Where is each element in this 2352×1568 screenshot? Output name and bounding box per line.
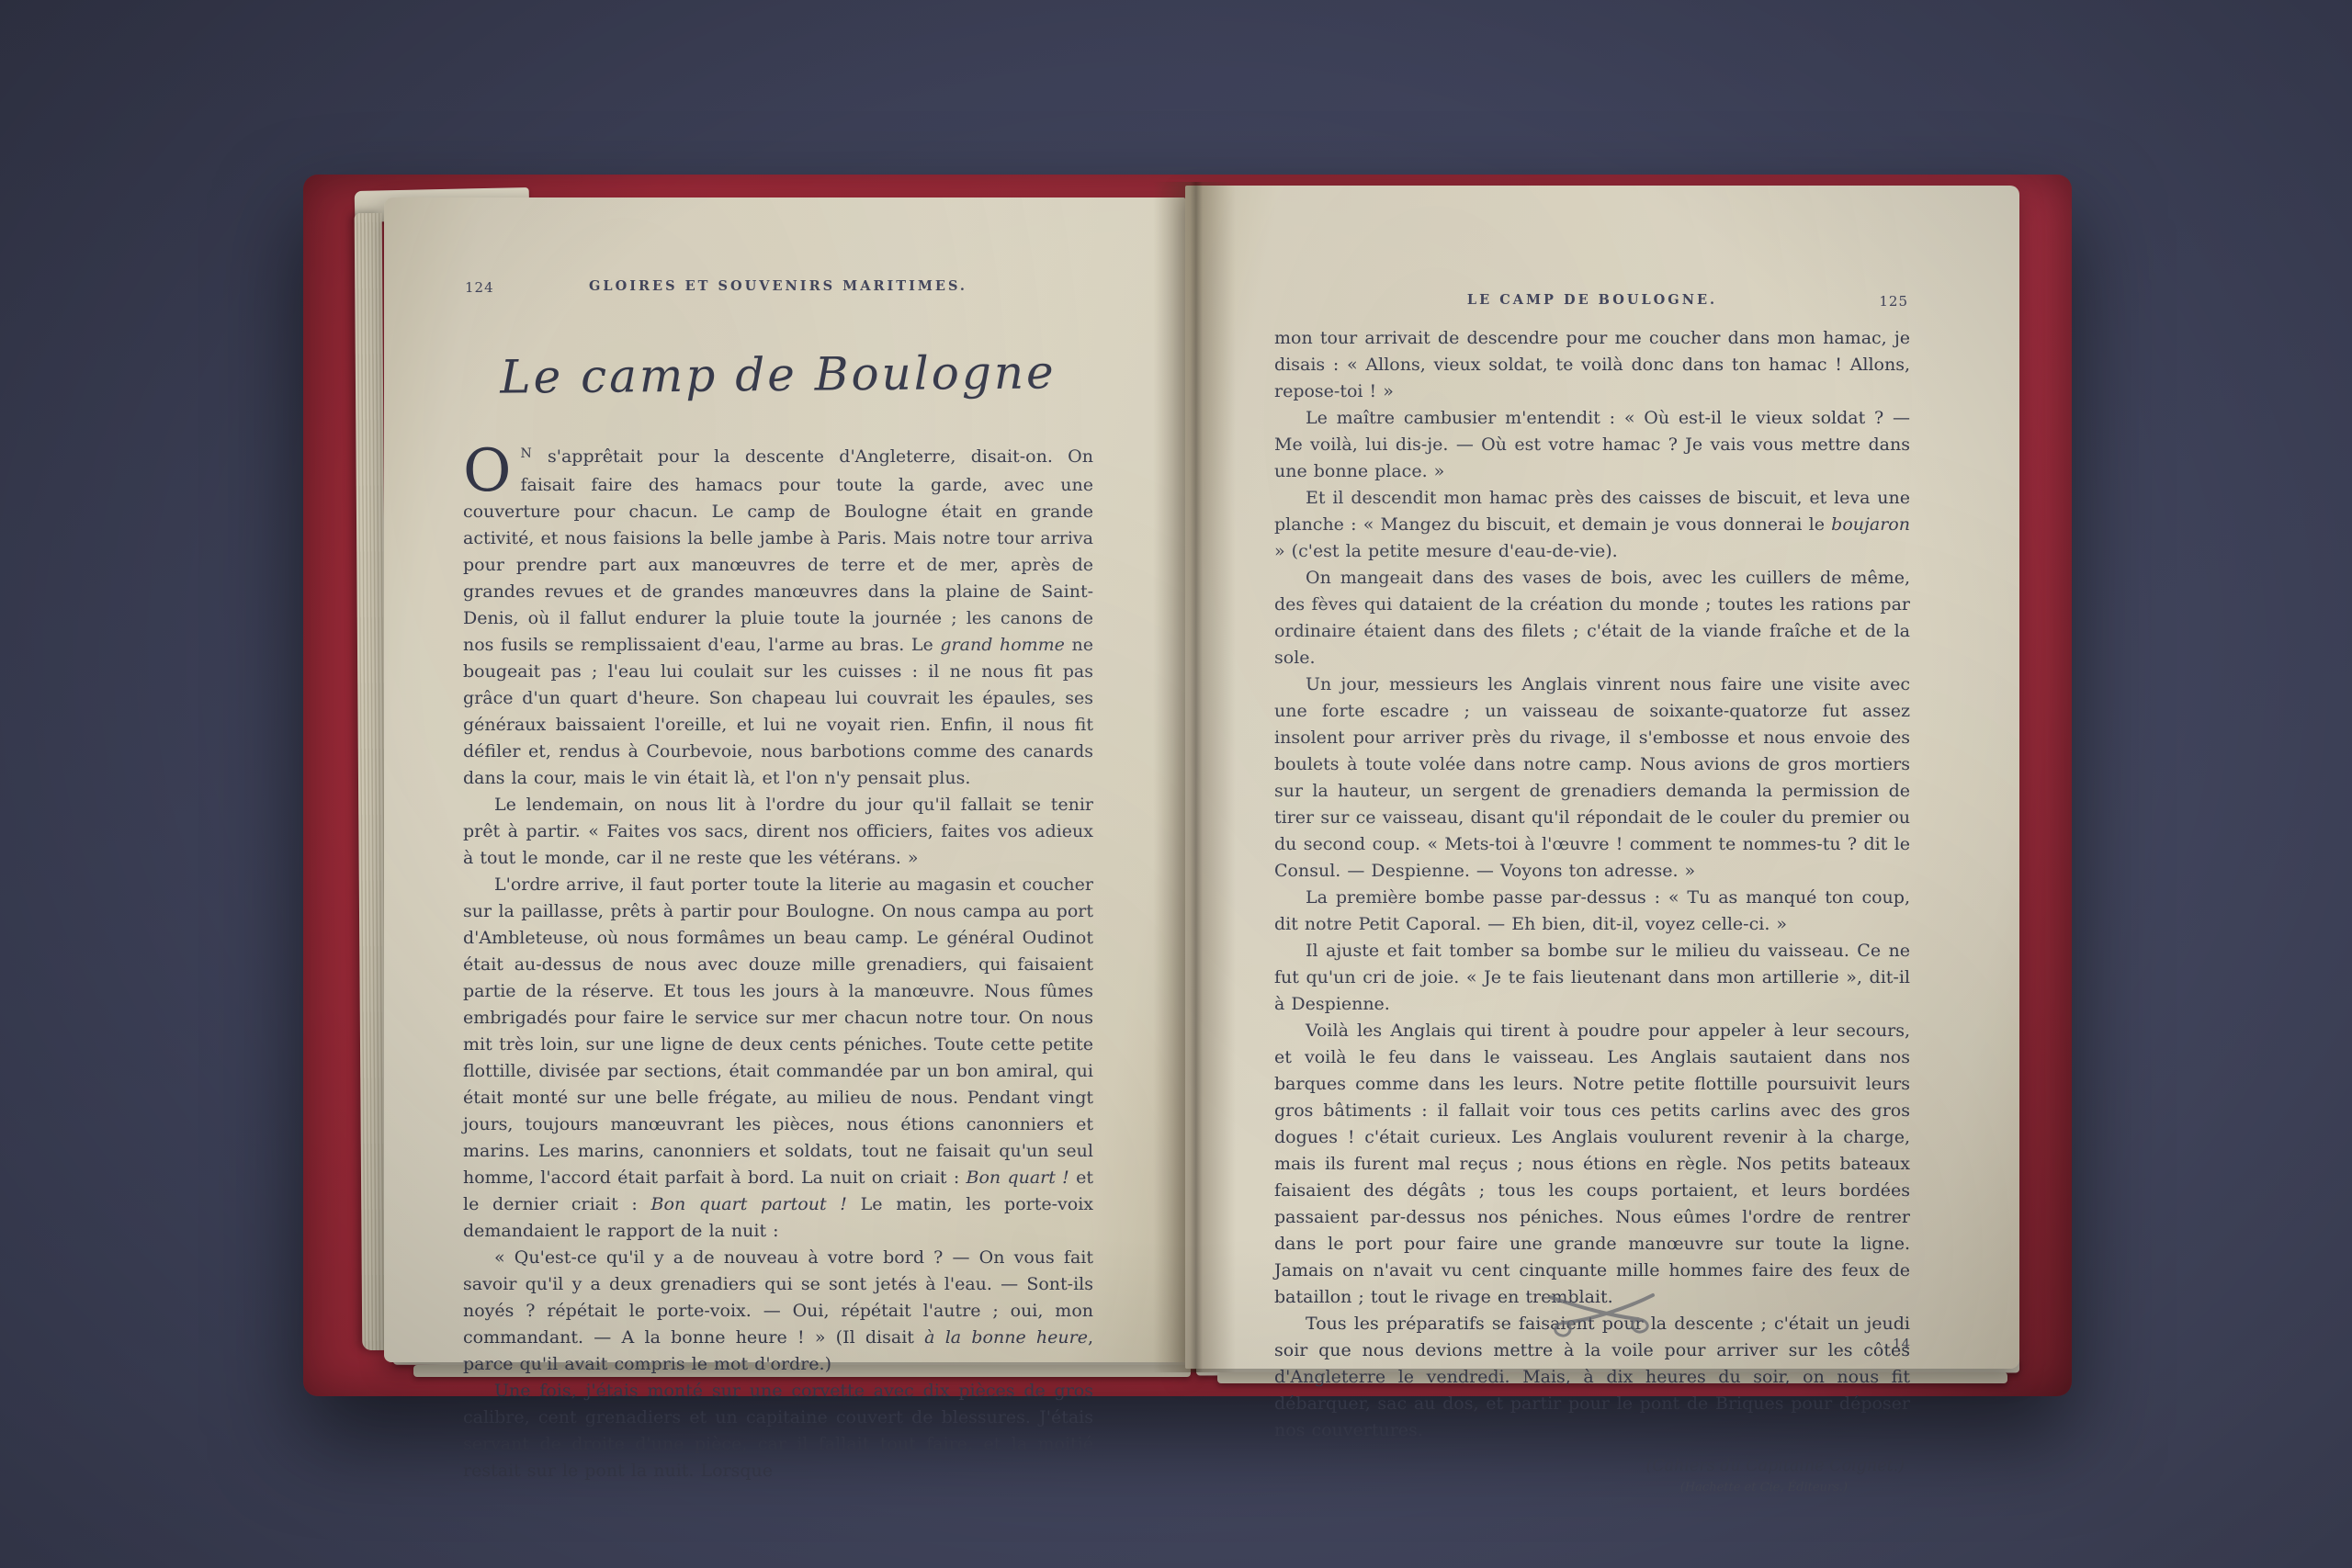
left-page-number: 124 bbox=[465, 279, 494, 296]
open-book: 124 GLOIRES ET SOUVENIRS MARITIMES. Le c… bbox=[303, 175, 2072, 1396]
dropcap-follow: N bbox=[520, 446, 532, 461]
dropcap: O bbox=[463, 444, 520, 494]
right-page-number: 125 bbox=[1879, 293, 1908, 310]
left-page-header: 124 GLOIRES ET SOUVENIRS MARITIMES. bbox=[463, 278, 1093, 300]
paragraph: L'ordre arrive, il faut porter toute la … bbox=[463, 872, 1093, 1245]
paragraph: Et il descendit mon hamac près des caiss… bbox=[1274, 485, 1910, 565]
source-attribution: (Cahiers du Capitaine Coignet.) bbox=[1274, 1457, 1910, 1475]
paragraph: Il ajuste et fait tomber sa bombe sur le… bbox=[1274, 938, 1910, 1018]
paragraph: Un jour, messieurs les Anglais vinrent n… bbox=[1274, 671, 1910, 885]
left-page: 124 GLOIRES ET SOUVENIRS MARITIMES. Le c… bbox=[384, 197, 1185, 1362]
publisher-imprint: (Hachette et Cie, Éditeurs.) bbox=[1274, 1481, 1910, 1495]
paragraph: On mangeait dans des vases de bois, avec… bbox=[1274, 565, 1910, 671]
paragraph-text: s'apprêtait pour la descente d'Angleterr… bbox=[463, 446, 1093, 788]
paragraph: La première bombe passe par-dessus : « T… bbox=[1274, 885, 1910, 938]
paragraph: ON s'apprêtait pour la descente d'Anglet… bbox=[463, 444, 1093, 792]
paragraph: Le lendemain, on nous lit à l'ordre du j… bbox=[463, 792, 1093, 872]
paragraph: Le maître cambusier m'entendit : « Où es… bbox=[1274, 405, 1910, 485]
crossed-sabres-icon bbox=[1541, 1286, 1662, 1345]
right-page-body: mon tour arrivait de descendre pour me c… bbox=[1274, 325, 1910, 1444]
running-header-right: LE CAMP DE BOULOGNE. bbox=[1274, 292, 1910, 308]
left-page-body: ON s'apprêtait pour la descente d'Anglet… bbox=[463, 444, 1093, 1484]
photo-scene: 124 GLOIRES ET SOUVENIRS MARITIMES. Le c… bbox=[0, 0, 2352, 1568]
paragraph: « Qu'est-ce qu'il y a de nouveau à votre… bbox=[463, 1245, 1093, 1378]
paragraph: Une fois, j'étais monté sur une corvette… bbox=[463, 1378, 1093, 1484]
paragraph: Voilà les Anglais qui tirent à poudre po… bbox=[1274, 1018, 1910, 1311]
chapter-title: Le camp de Boulogne bbox=[463, 345, 1093, 404]
right-page-header: LE CAMP DE BOULOGNE. 125 bbox=[1274, 292, 1910, 314]
right-page: LE CAMP DE BOULOGNE. 125 mon tour arriva… bbox=[1185, 186, 2019, 1369]
signature-mark: 14 bbox=[1893, 1336, 1910, 1352]
paragraph: mon tour arrivait de descendre pour me c… bbox=[1274, 325, 1910, 405]
running-header-left: GLOIRES ET SOUVENIRS MARITIMES. bbox=[463, 278, 1093, 294]
